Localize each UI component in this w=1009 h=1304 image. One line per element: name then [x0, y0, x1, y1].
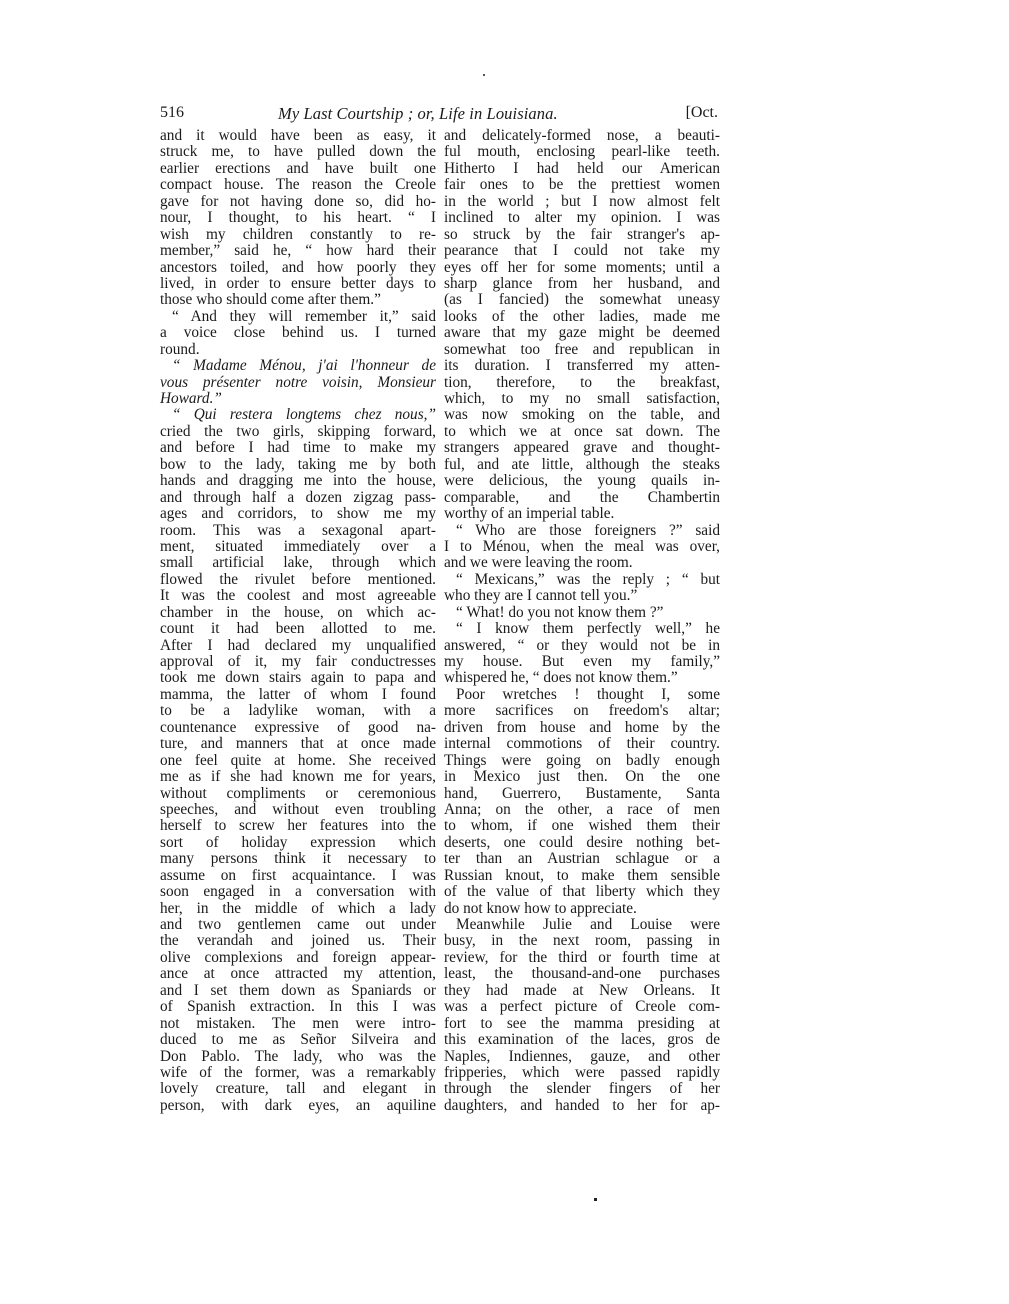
text-line: small artificial lake, through which	[160, 555, 436, 571]
text-line: ture, and manners that at once made	[160, 736, 436, 752]
text-line: and it would have been as easy, it	[160, 128, 436, 144]
text-line: ful, and ate little, although the steaks	[444, 457, 720, 473]
text-line: busy, in the next room, passing in	[444, 933, 720, 949]
text-line: Anna; on the other, a race of men	[444, 802, 720, 818]
text-line: and two gentlemen came out under	[160, 917, 436, 933]
text-line: many persons think it necessary to	[160, 851, 436, 867]
text-line: assume on first acquaintance. I was	[160, 868, 436, 884]
text-line: lovely creature, tall and elegant in	[160, 1081, 436, 1097]
text-line: a voice close behind us. I turned	[160, 325, 436, 341]
text-line: ancestors toiled, and how poorly they	[160, 260, 436, 276]
text-line: and we were leaving the room.	[444, 555, 720, 571]
text-line: It was the coolest and most agreeable	[160, 588, 436, 604]
text-line: “ Mexicans,” was the reply ; “ but	[444, 572, 720, 588]
text-line: comparable, and the Chambertin	[444, 490, 720, 506]
text-line: bow to the lady, taking me by both	[160, 457, 436, 473]
text-line: “ Who are those foreigners ?” said	[444, 523, 720, 539]
text-line: me as if she had known me for years,	[160, 769, 436, 785]
text-line: pearance that I could not take my	[444, 243, 720, 259]
text-line: wife of the former, was a remarkably	[160, 1065, 436, 1081]
text-line: ment, situated immediately over a	[160, 539, 436, 555]
running-title: My Last Courtship ; or, Life in Louisian…	[278, 104, 558, 124]
text-line: and before I had time to make my	[160, 440, 436, 456]
text-line: was a perfect picture of Creole com-	[444, 999, 720, 1015]
text-line: mamma, the latter of whom I found	[160, 687, 436, 703]
text-line: not mistaken. The men were intro-	[160, 1016, 436, 1032]
text-line: so struck by the fair stranger's ap-	[444, 227, 720, 243]
text-line: lived, in order to ensure better days to	[160, 276, 436, 292]
text-line: Hitherto I had held our American	[444, 161, 720, 177]
text-line: compact house. The reason the Creole	[160, 177, 436, 193]
text-line: nour, I thought, to his heart. “ I	[160, 210, 436, 226]
text-line: vous présenter notre voisin, Monsieur	[160, 375, 436, 391]
text-line: driven from house and home by the	[444, 720, 720, 736]
page-number: 516	[160, 104, 184, 122]
text-line: sort of holiday expression which	[160, 835, 436, 851]
text-line: to whom, if one wished them their	[444, 818, 720, 834]
text-line: which, to my no small satisfaction,	[444, 391, 720, 407]
left-column: and it would have been as easy, itstruck…	[160, 128, 436, 1114]
text-line: “ And they will remember it,” said	[160, 309, 436, 325]
text-line: round.	[160, 342, 436, 358]
text-line: without compliments or ceremonious	[160, 786, 436, 802]
text-line: her, in the middle of which a lady	[160, 901, 436, 917]
text-line: daughters, and handed to her for ap-	[444, 1098, 720, 1114]
text-line: who they are I cannot tell you.”	[444, 588, 720, 604]
text-line: “ Madame Ménou, j'ai l'honneur de	[160, 358, 436, 374]
text-line: “ I know them perfectly well,” he	[444, 621, 720, 637]
text-line: in the world ; but I now almost felt	[444, 194, 720, 210]
text-line: flowed the rivulet before mentioned.	[160, 572, 436, 588]
text-line: approval of it, my fair conductresses	[160, 654, 436, 670]
date-mark: [Oct.	[686, 104, 718, 122]
text-line: duced to me as Señor Silveira and	[160, 1032, 436, 1048]
text-line: to be a ladylike woman, with a	[160, 703, 436, 719]
text-line: soon engaged in a conversation with	[160, 884, 436, 900]
text-line: internal commotions of their country.	[444, 736, 720, 752]
text-line: wish my children constantly to re-	[160, 227, 436, 243]
text-line: do not know how to appreciate.	[444, 901, 720, 917]
text-line: ages and corridors, to show me my	[160, 506, 436, 522]
text-line: answered, “ or they would not be in	[444, 638, 720, 654]
text-line: my house. But even my family,”	[444, 654, 720, 670]
text-line: earlier erections and have built one	[160, 161, 436, 177]
text-line: and through half a dozen zigzag pass-	[160, 490, 436, 506]
text-line: those who should come after them.”	[160, 292, 436, 308]
text-line: deserts, one could desire nothing bet-	[444, 835, 720, 851]
text-line: review, for the third or fourth time at	[444, 950, 720, 966]
text-columns: and it would have been as easy, itstruck…	[160, 128, 720, 1114]
text-line: aware that my gaze might be deemed	[444, 325, 720, 341]
text-line: worthy of an imperial table.	[444, 506, 720, 522]
scan-speck	[594, 1198, 597, 1201]
text-line: in Mexico just then. On the one	[444, 769, 720, 785]
document-page: 516 My Last Courtship ; or, Life in Loui…	[160, 104, 720, 126]
text-line: to which we at once sat down. The	[444, 424, 720, 440]
text-line: ful mouth, enclosing pearl-like teeth.	[444, 144, 720, 160]
text-line: more sacrifices on freedom's altar;	[444, 703, 720, 719]
text-line: ter than an Austrian schlague or a	[444, 851, 720, 867]
text-line: (as I fancied) the somewhat uneasy	[444, 292, 720, 308]
text-line: Russian knout, to make them sensible	[444, 868, 720, 884]
text-line: member,” said he, “ how hard their	[160, 243, 436, 259]
text-line: ance at once attracted my attention,	[160, 966, 436, 982]
text-line: Howard.”	[160, 391, 436, 407]
text-line: of the value of that liberty which they	[444, 884, 720, 900]
text-line: took me down stairs again to papa and	[160, 670, 436, 686]
text-line: gave for not having done so, did ho-	[160, 194, 436, 210]
text-line: fair ones to be the prettiest women	[444, 177, 720, 193]
text-line: Meanwhile Julie and Louise were	[444, 917, 720, 933]
text-line: this examination of the laces, gros de	[444, 1032, 720, 1048]
text-line: and delicately-formed nose, a beauti-	[444, 128, 720, 144]
text-line: and I set them down as Spaniards or	[160, 983, 436, 999]
text-line: I to Ménou, when the meal was over,	[444, 539, 720, 555]
text-line: sharp glance from her husband, and	[444, 276, 720, 292]
running-head: 516 My Last Courtship ; or, Life in Loui…	[160, 104, 720, 126]
text-line: person, with dark eyes, an aquiline	[160, 1098, 436, 1114]
text-line: was now smoking on the table, and	[444, 407, 720, 423]
text-line: through the slender fingers of her	[444, 1081, 720, 1097]
text-line: whispered he, “ does not know them.”	[444, 670, 720, 686]
text-line: looks of the other ladies, made me	[444, 309, 720, 325]
text-line: chamber in the house, on which ac-	[160, 605, 436, 621]
text-line: they had made at New Orleans. It	[444, 983, 720, 999]
text-line: tion, therefore, to the breakfast,	[444, 375, 720, 391]
text-line: were delicious, the young quails in-	[444, 473, 720, 489]
text-line: fripperies, which were passed rapidly	[444, 1065, 720, 1081]
text-line: herself to screw her features into the	[160, 818, 436, 834]
text-line: hands and dragging me into the house,	[160, 473, 436, 489]
text-line: hand, Guerrero, Bustamente, Santa	[444, 786, 720, 802]
text-line: cried the two girls, skipping forward,	[160, 424, 436, 440]
text-line: eyes off her for some moments; until a	[444, 260, 720, 276]
text-line: olive complexions and foreign appear-	[160, 950, 436, 966]
text-line: somewhat too free and republican in	[444, 342, 720, 358]
text-line: of Spanish extraction. In this I was	[160, 999, 436, 1015]
text-line: room. This was a sexagonal apart-	[160, 523, 436, 539]
text-line: Things were going on badly enough	[444, 753, 720, 769]
scan-speck	[483, 74, 485, 76]
text-line: speeches, and without even troubling	[160, 802, 436, 818]
text-line: its duration. I transferred my atten-	[444, 358, 720, 374]
text-line: Naples, Indiennes, gauze, and other	[444, 1049, 720, 1065]
text-line: count it had been allotted to me.	[160, 621, 436, 637]
text-line: the verandah and joined us. Their	[160, 933, 436, 949]
text-line: inclined to alter my opinion. I was	[444, 210, 720, 226]
text-line: After I had declared my unqualified	[160, 638, 436, 654]
text-line: struck me, to have pulled down the	[160, 144, 436, 160]
text-line: “ Qui restera longtems chez nous,”	[160, 407, 436, 423]
text-line: “ What! do you not know them ?”	[444, 605, 720, 621]
text-line: strangers appeared grave and thought-	[444, 440, 720, 456]
text-line: Poor wretches ! thought I, some	[444, 687, 720, 703]
text-line: Don Pablo. The lady, who was the	[160, 1049, 436, 1065]
text-line: fort to see the mamma presiding at	[444, 1016, 720, 1032]
text-line: countenance expressive of good na-	[160, 720, 436, 736]
right-column: and delicately-formed nose, a beauti-ful…	[444, 128, 720, 1114]
text-line: least, the thousand-and-one purchases	[444, 966, 720, 982]
text-line: one feel quite at home. She received	[160, 753, 436, 769]
